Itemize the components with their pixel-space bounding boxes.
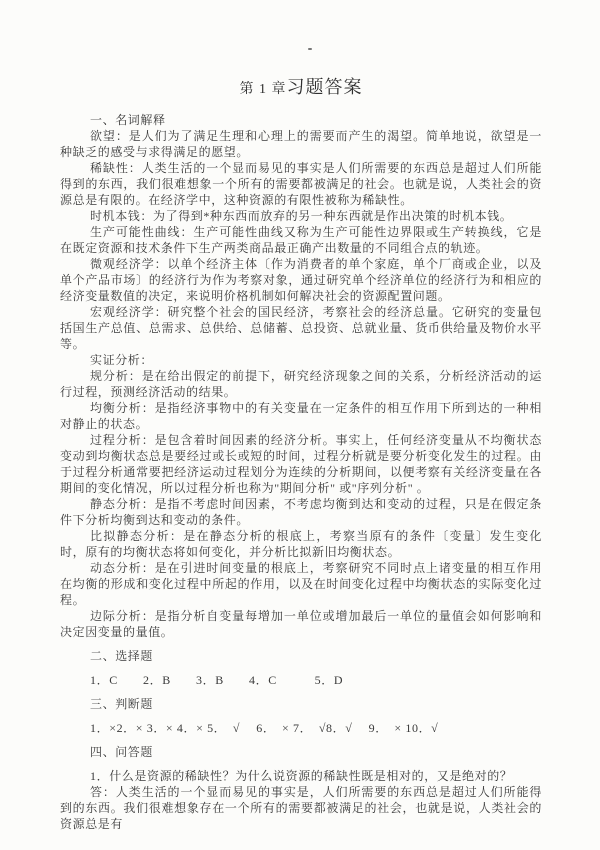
definition-opportunity-cost: 时机本钱：为了得到*种东西而放弃的另一种东西就是作出决策的时机本钱。: [60, 208, 542, 224]
definition-marginal-analysis: 边际分析：是指分析自变量每增加一单位或增加最后一单位的量值会如何影响和决定因变量…: [60, 608, 542, 640]
definition-comparative-static-analysis: 比拟静态分析：是在静态分析的根底上，考察当原有的条件〔变量〕发生变化时，原有的均…: [60, 528, 542, 560]
definition-static-analysis: 静态分析：是指不考虑时间因素，不考虑均衡到达和变动的过程，只是在假定条件下分析均…: [60, 496, 542, 528]
definition-equilibrium-analysis: 均衡分析：是指经济事物中的有关变量在一定条件的相互作用下所到达的一种相对静止的状…: [60, 400, 542, 432]
definition-microeconomics: 微观经济学：以单个经济主体〔作为消费者的单个家庭，单个厂商或企业，以及单个产品市…: [60, 256, 542, 304]
definition-normative-analysis: 规分析：是在给出假定的前提下，研究经济现象之间的关系，分析经济活动的运行过程，预…: [60, 368, 542, 400]
multiple-choice-answers: 1．C 2．B 3．B 4．C 5．D: [60, 672, 542, 688]
title-text: 习题答案: [287, 77, 363, 97]
definition-desire: 欲望：是人们为了满足生理和心理上的需要而产生的渴望。简单地说，欲望是一种缺乏的感…: [60, 128, 542, 160]
definition-ppc: 生产可能性曲线：生产可能性曲线又称为生产可能性边界限或生产转换线，它是在既定资源…: [60, 224, 542, 256]
definition-macroeconomics: 宏观经济学：研究整个社会的国民经济，考察社会的经济总量。它研究的变量包括国生产总…: [60, 304, 542, 352]
section-2-heading: 二、选择题: [60, 648, 542, 664]
page-title: 第 1 章习题答案: [60, 72, 542, 100]
definition-positive-analysis: 实证分析：: [60, 352, 542, 368]
definition-scarcity: 稀缺性：人类生活的一个显而易见的事实是人们所需要的东西总是超过人们所能得到的东西…: [60, 160, 542, 208]
page-content: 第 1 章习题答案 一、名词解释 欲望：是人们为了满足生理和心理上的需要而产生的…: [60, 72, 542, 832]
document-page: 第 1 章习题答案 一、名词解释 欲望：是人们为了满足生理和心理上的需要而产生的…: [0, 0, 600, 850]
definition-process-analysis: 过程分析：是包含着时间因素的经济分析。事实上，任何经济变量从不均衡状态变动到均衡…: [60, 432, 542, 496]
section-4-heading: 四、问答题: [60, 744, 542, 760]
section-3-heading: 三、判断题: [60, 696, 542, 712]
chapter-number-label: 第 1 章: [240, 82, 287, 97]
stray-ink-mark: [308, 48, 312, 50]
question-1: 1．什么是资源的稀缺性？为什么说资源的稀缺性既是相对的，又是绝对的？: [60, 768, 542, 784]
definition-dynamic-analysis: 动态分析：是在引进时间变量的根底上，考察研究不同时点上诸变量的相互作用在均衡的形…: [60, 560, 542, 608]
section-1-heading: 一、名词解释: [60, 112, 542, 128]
question-1-answer: 答：人类生活的一个显而易见的事实是，人们所需要的东西总是超过人们所能得到的东西。…: [60, 784, 542, 832]
true-false-answers: 1．×2．× 3．× 4．× 5． √ 6． × 7． √8．√ 9． × 10…: [60, 720, 542, 736]
